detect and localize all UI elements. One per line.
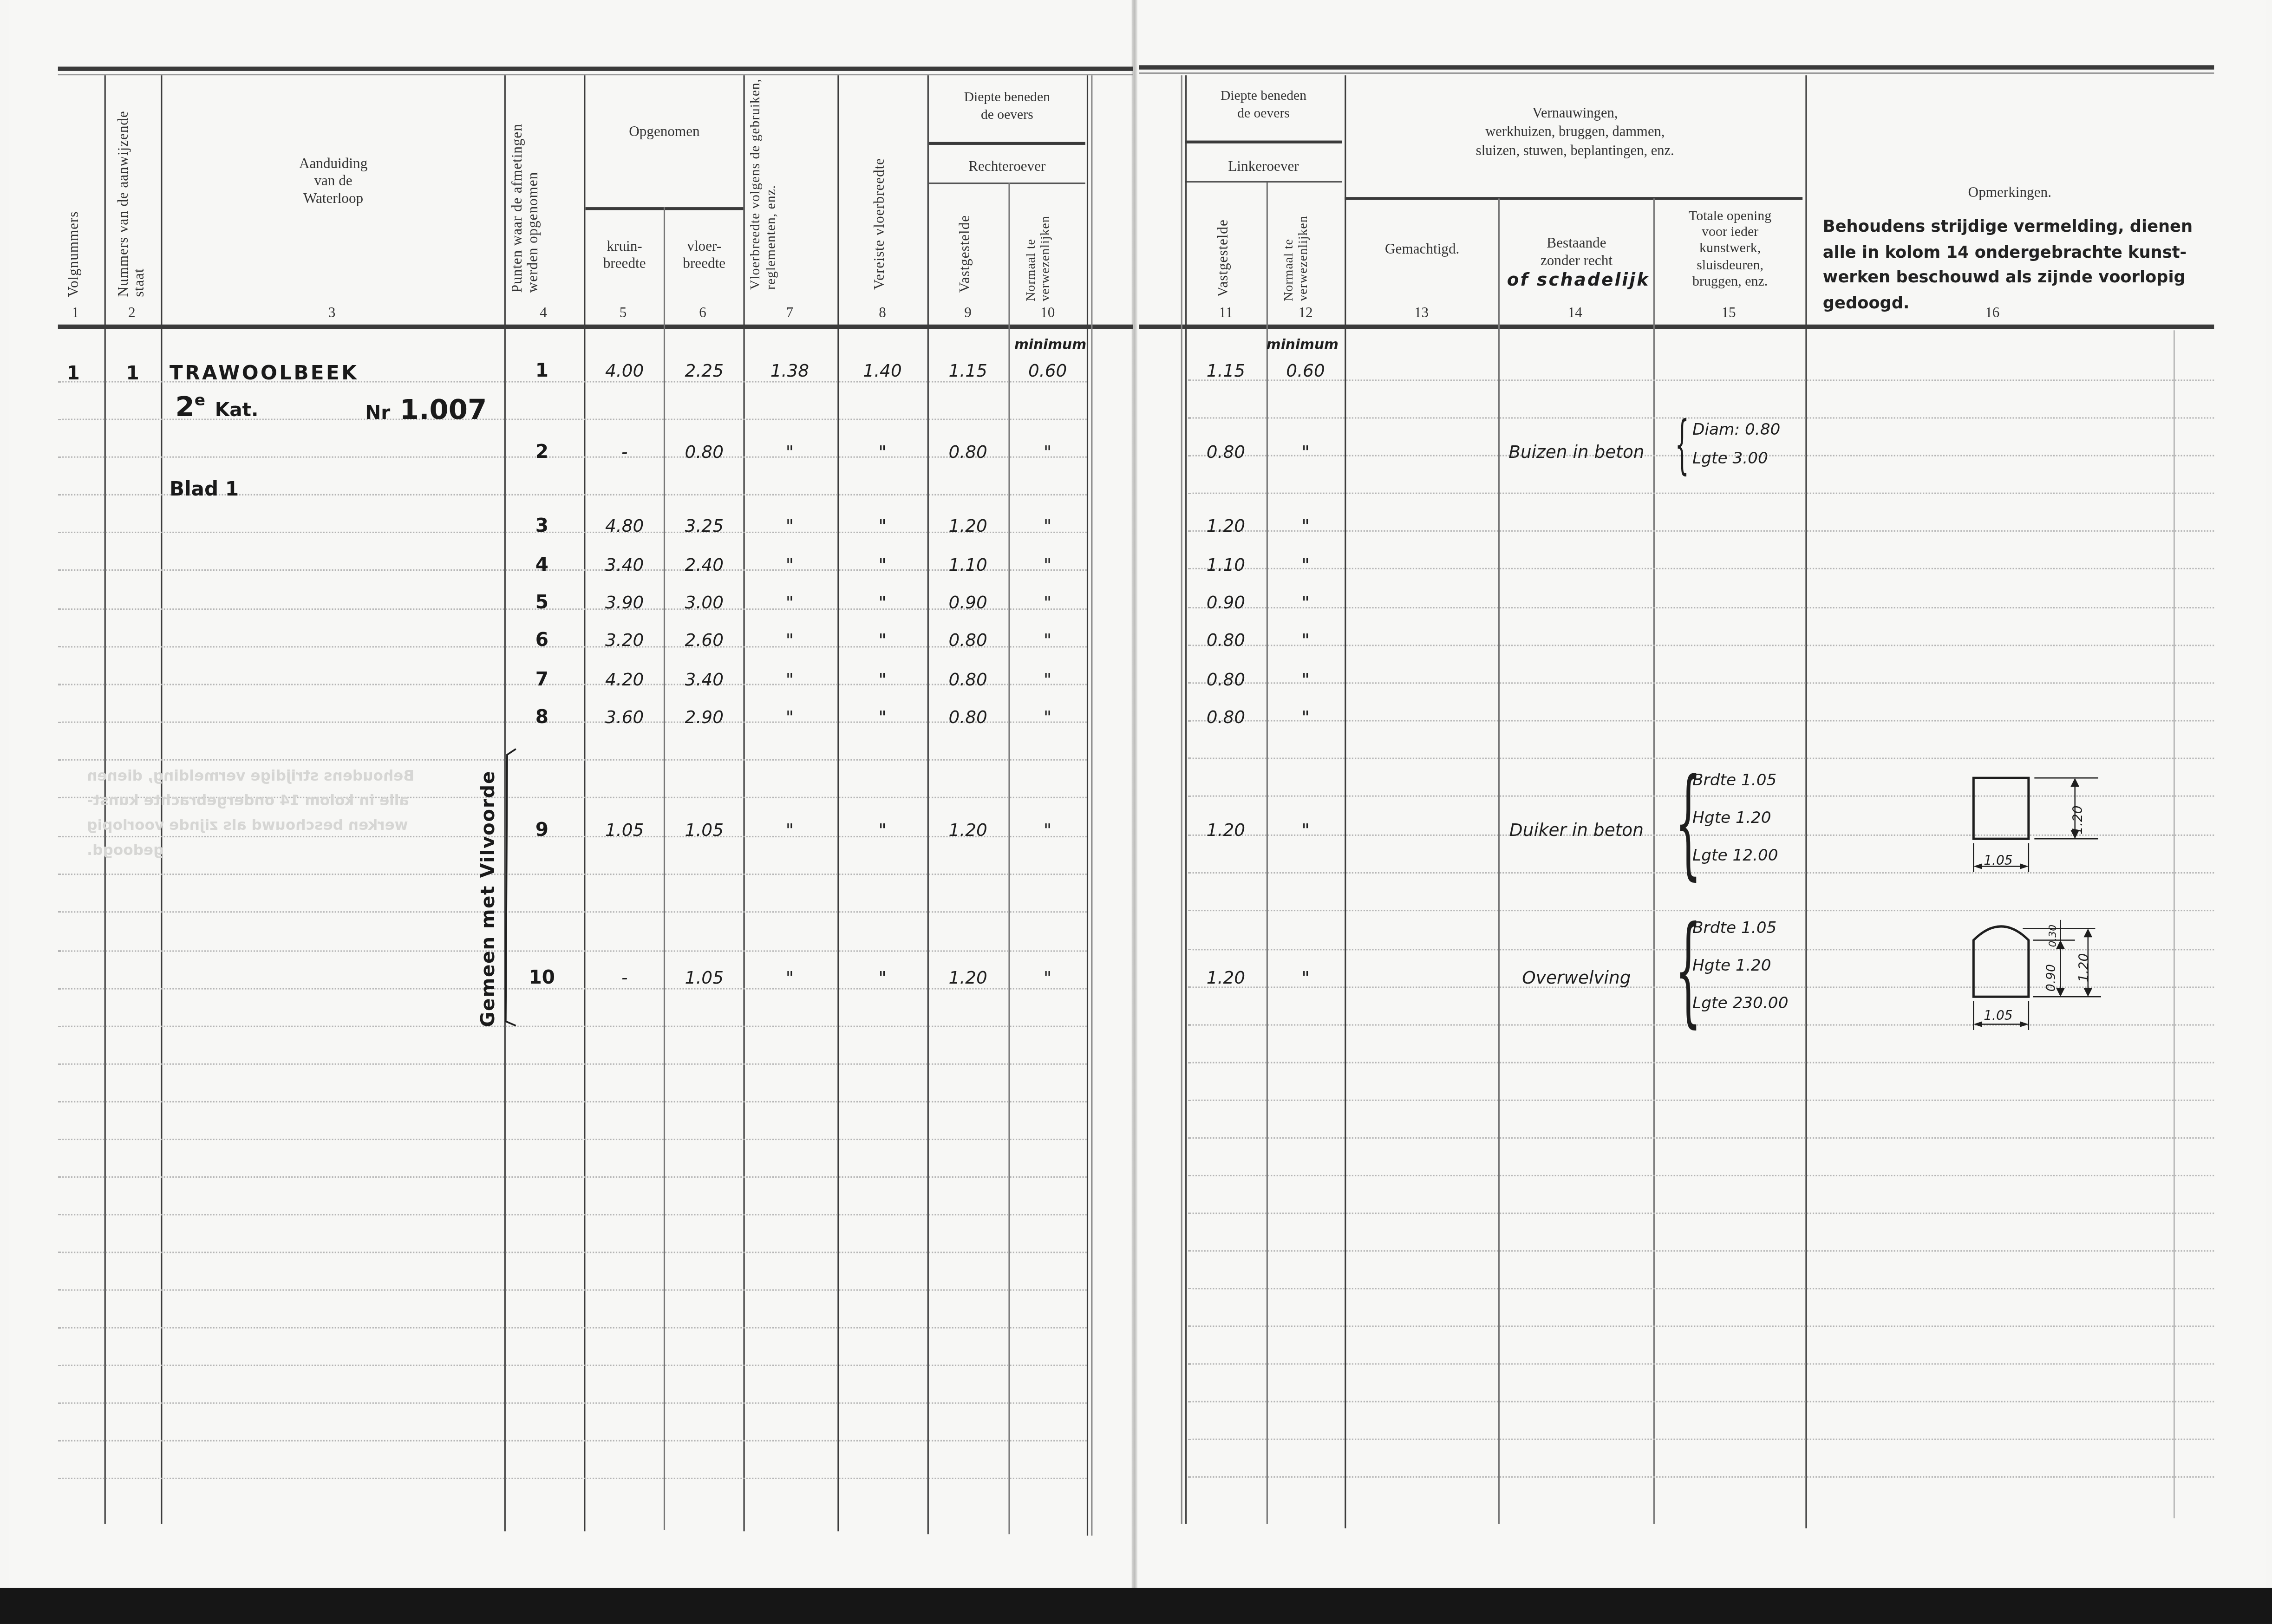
cell-l-norm: " [1269, 820, 1342, 841]
dotted-row-line [1188, 1439, 2214, 1440]
dotted-row-line [58, 1478, 1087, 1479]
dotted-row-line [58, 1440, 1087, 1441]
cell-vloer-gebruik: " [746, 968, 833, 988]
dotted-row-line [1188, 493, 2214, 494]
sketch2-arch-label: 0.30 [2047, 925, 2059, 947]
header-diepte-left: Diepte beneden de oevers [1185, 88, 1342, 123]
cell-r-norm: " [1012, 820, 1084, 841]
ghost-line: gedoogd. [87, 839, 493, 863]
cell-vloer: 3.40 [666, 669, 742, 690]
cell-l-norm: " [1269, 669, 1342, 690]
header-col7: Vloerbreedte volgens de gebruiken, regle… [749, 75, 833, 290]
cell-vloer-gebruik: " [746, 820, 833, 841]
volgnummer: 1 [67, 364, 80, 385]
bleed-through-text: Behoudens strijdige vermelding, dienen a… [87, 765, 493, 863]
dotted-row-line [1188, 1363, 2214, 1364]
cell-vloer-gebruik: 1.38 [746, 361, 833, 381]
ghost-line: alle in kolom 14 ondergebrachte kunst- [87, 789, 493, 814]
note-line: gedoogd. [1823, 290, 2214, 316]
top-rule-left-thin [58, 74, 1133, 75]
dotted-row-line [58, 1063, 1087, 1065]
header-vernauwingen: Vernauwingen, werkhuizen, bruggen, damme… [1348, 104, 1803, 161]
dotted-row-line [1188, 645, 2214, 646]
dotted-row-line [1188, 607, 2214, 608]
gemeente-bracket-icon [498, 746, 519, 1029]
column-number: 5 [608, 306, 637, 321]
cell-vereist: " [841, 516, 925, 536]
rectangular-culvert-sketch-icon [1942, 768, 2130, 898]
dotted-row-line [1188, 568, 2214, 569]
cell-vereist: " [841, 820, 925, 841]
cell-kruin: 3.20 [588, 630, 661, 651]
header-diepte-right: Diepte beneden de oevers [929, 90, 1085, 124]
cell-vereist: " [841, 630, 925, 651]
column-number: 13 [1407, 306, 1436, 321]
scan-bottom-edge [0, 1588, 2272, 1624]
sketch1-width-label: 1.05 [1984, 855, 2013, 869]
cell-bestaande: Buizen in beton [1501, 442, 1652, 462]
header-line: Diepte beneden [1185, 88, 1342, 105]
header-line: Vernauwingen, [1348, 104, 1803, 124]
cell-l-vast: 1.20 [1188, 968, 1263, 988]
cell-kruin: 1.05 [588, 820, 661, 841]
col-line [1091, 75, 1092, 1535]
column-number: 4 [529, 306, 558, 321]
header-col13: Gemachtigd. [1346, 242, 1498, 259]
dotted-row-line [58, 1139, 1087, 1140]
dotted-row-line [58, 950, 1087, 952]
cell-vloer: 1.05 [666, 820, 742, 841]
cell-l-norm: " [1269, 593, 1342, 613]
header-line: bruggen, enz. [1655, 274, 1805, 290]
header-col8: Vereiste vloerbreedte [872, 87, 888, 290]
waterloop-number: Nr 1.007 [365, 394, 487, 426]
header-col5: kruin- breedte [585, 239, 663, 274]
cell-punt: 9 [522, 820, 562, 842]
cell-r-vast: 0.80 [930, 707, 1005, 727]
column-number: 7 [775, 306, 804, 321]
column-number: 2 [118, 306, 146, 321]
cell-l-vast: 0.80 [1188, 669, 1263, 690]
cell-l-vast: 1.15 [1188, 361, 1263, 381]
diepte-left-rule [1185, 141, 1342, 143]
brace-icon: { [1675, 414, 1690, 478]
header-col15: Totale opening voor ieder kunstwerk, slu… [1655, 209, 1805, 290]
column-number: 9 [953, 306, 982, 321]
cell-bestaande: Duiker in beton [1501, 820, 1652, 841]
header-col3-line: van de [217, 174, 449, 191]
cell-vloer: 2.90 [666, 707, 742, 727]
nr-label: Nr [365, 403, 390, 424]
col-line [1805, 75, 1807, 1528]
cell-vereist: " [841, 669, 925, 690]
cell-l-vast: 0.80 [1188, 630, 1263, 651]
header-col3-line: Waterloop [217, 191, 449, 209]
cell-opening-line: Hgte 1.20 [1692, 809, 1771, 828]
column-number: 11 [1211, 306, 1240, 321]
cell-r-vast: 1.20 [930, 516, 1005, 536]
cell-vereist: 1.40 [841, 361, 925, 381]
cell-kruin: 4.80 [588, 516, 661, 536]
header-line: werkhuizen, bruggen, dammen, [1348, 123, 1803, 142]
cell-vloer: 2.60 [666, 630, 742, 651]
header-col3: Aanduiding van de Waterloop [217, 157, 449, 209]
cell-vloer-gebruik: " [746, 555, 833, 575]
cell-r-norm: " [1012, 630, 1084, 651]
dotted-row-line [58, 1252, 1087, 1253]
col-line [1087, 75, 1088, 1535]
dotted-row-line [1188, 1213, 2214, 1214]
note-line: werken beschouwd als zijnde voorlopig [1823, 265, 2214, 291]
cell-l-vast: 1.10 [1188, 555, 1263, 575]
column-number: 8 [868, 306, 897, 321]
dotted-row-line [1188, 1476, 2214, 1478]
cell-opening-line: Lgte 12.00 [1692, 846, 1778, 865]
cell-l-vast: 1.20 [1188, 516, 1263, 536]
dotted-row-line [1188, 1250, 2214, 1252]
col-line [837, 75, 839, 1531]
cell-punt: 7 [522, 669, 562, 691]
cell-vloer-gebruik: " [746, 593, 833, 613]
sketch2-wall-label: 0.90 [2045, 964, 2060, 991]
arched-culvert-sketch-icon [1942, 913, 2130, 1050]
dotted-row-line [58, 1176, 1087, 1178]
dotted-row-line [1188, 379, 2214, 381]
cell-l-vast: 0.80 [1188, 707, 1263, 727]
cell-kruin: - [588, 968, 661, 988]
dotted-row-line [58, 1327, 1087, 1328]
category-number: 2 [176, 391, 195, 424]
col16-standard-note: Behoudens strijdige vermelding, dienen a… [1823, 215, 2214, 316]
cell-l-norm: 0.60 [1269, 361, 1342, 381]
col-line [1185, 75, 1187, 1524]
header-line: kunstwerk, [1655, 241, 1805, 257]
header-line: Totale opening [1655, 209, 1805, 225]
header-linkeroever: Linkeroever [1185, 159, 1342, 176]
ghost-line: werken beschouwd als zijnde voorlopig [87, 814, 493, 839]
cell-r-norm: " [1012, 968, 1084, 988]
cell-vereist: " [841, 555, 925, 575]
cell-r-vast: 1.10 [930, 555, 1005, 575]
cell-vloer: 2.40 [666, 555, 742, 575]
header-col11: Vastgestelde [1216, 189, 1232, 297]
dotted-row-line [58, 759, 1087, 761]
dotted-row-line [58, 1101, 1087, 1102]
cell-r-norm: 0.60 [1012, 361, 1084, 381]
cell-l-norm: " [1269, 968, 1342, 988]
sketch2-height-label: 1.20 [2078, 953, 2092, 983]
dotted-row-line [1188, 1401, 2214, 1402]
cell-r-vast: 0.80 [930, 442, 1005, 462]
header-col6-line: vloer- [665, 239, 743, 256]
cell-r-norm: " [1012, 593, 1084, 613]
rechteroever-rule [929, 183, 1085, 184]
dotted-row-line [58, 1289, 1087, 1291]
header-col14: Bestaande zonder recht [1500, 236, 1653, 271]
col-line [1267, 183, 1268, 1524]
dotted-row-line [1188, 682, 2214, 684]
header-line: de oevers [1185, 106, 1342, 123]
cell-vloer-gebruik: " [746, 707, 833, 727]
header-line: Diepte beneden [929, 90, 1085, 107]
header-col9: Vastgestelde [958, 189, 973, 293]
cell-bestaande: Overwelving [1501, 968, 1652, 988]
header-bottom-rule-left [58, 325, 1133, 329]
cell-l-norm: " [1269, 707, 1342, 727]
col-line [2174, 330, 2175, 1518]
header-line: de oevers [929, 107, 1085, 124]
dotted-row-line [58, 1402, 1087, 1404]
cell-vloer-gebruik: " [746, 442, 833, 462]
dotted-row-line [1188, 417, 2214, 418]
nr-value: 1.007 [400, 394, 487, 426]
dotted-row-line [58, 1365, 1087, 1366]
linkeroever-rule [1185, 181, 1342, 183]
header-line: Bestaande [1500, 236, 1653, 253]
header-col2: Nummers van de aanwijzende staat [116, 87, 151, 297]
dotted-row-line [1188, 1100, 2214, 1101]
cell-vloer: 3.25 [666, 516, 742, 536]
cell-vloer: 2.25 [666, 361, 742, 381]
header-col4: Punten waar de afmetingen werden opgenom… [510, 75, 580, 293]
header-col16: Opmerkingen. [1807, 185, 2213, 202]
col-line [744, 75, 745, 1531]
column-number: 16 [1978, 306, 2007, 321]
cell-r-norm: " [1012, 516, 1084, 536]
cell-r-norm: " [1012, 442, 1084, 462]
header-col12: Normaal te verwezenlijken [1281, 189, 1316, 301]
cell-vloer-gebruik: " [746, 630, 833, 651]
cell-vloer-gebruik: " [746, 669, 833, 690]
cell-r-vast: 0.90 [930, 593, 1005, 613]
cell-l-norm: " [1269, 630, 1342, 651]
cell-r-vast: 1.20 [930, 820, 1005, 841]
cell-kruin: 3.40 [588, 555, 661, 575]
cell-r-norm: " [1012, 555, 1084, 575]
book-spine [1132, 0, 1137, 1608]
category-label: Kat. [215, 400, 259, 422]
top-rule-left [58, 66, 1133, 71]
waterloop-name: TRAWOOLBEEK [170, 362, 359, 385]
cell-vloer-gebruik: " [746, 516, 833, 536]
column-number: 6 [688, 306, 717, 321]
sketch1-height-label: 1.20 [2072, 805, 2087, 835]
cell-vloer: 1.05 [666, 968, 742, 988]
diepte-right-rule [929, 142, 1085, 145]
cell-r-vast: 0.80 [930, 630, 1005, 651]
cell-punt: 5 [522, 593, 562, 614]
cell-r-vast: 1.20 [930, 968, 1005, 988]
blad-label: Blad 1 [170, 478, 239, 501]
cell-punt: 3 [522, 516, 562, 538]
header-col6-line: breedte [665, 256, 743, 274]
cell-kruin: 3.90 [588, 593, 661, 613]
header-col5-line: kruin- [585, 239, 663, 256]
dotted-row-line [1188, 1288, 2214, 1289]
vernauwingen-rule [1345, 197, 1802, 200]
cell-vereist: " [841, 442, 925, 462]
dotted-row-line [1188, 1325, 2214, 1327]
top-rule-right-thin [1139, 72, 2214, 74]
dotted-row-line [1188, 1175, 2214, 1176]
header-bottom-rule-right [1139, 325, 2214, 329]
header-col10: Normaal te verwezenlijken [1023, 189, 1058, 301]
scanned-ledger-spread: Volgnummers Nummers van de aanwijzende s… [0, 0, 2272, 1624]
sketch2-width-label: 1.05 [1984, 1010, 2013, 1024]
header-col14-stamp: of schadelijk [1507, 269, 1646, 290]
col-line [1181, 75, 1182, 1524]
header-line: voor ieder [1655, 225, 1805, 241]
cell-r-norm: " [1012, 707, 1084, 727]
column-number: 12 [1291, 306, 1320, 321]
cell-punt: 2 [522, 442, 562, 463]
column-number: 1 [61, 306, 90, 321]
header-line: zonder recht [1500, 254, 1653, 271]
cell-kruin: 4.00 [588, 361, 661, 381]
cell-punt: 4 [522, 555, 562, 577]
cell-l-vast: 0.80 [1188, 442, 1263, 462]
cell-vereist: " [841, 593, 925, 613]
minimum-label-col12: minimum [1267, 338, 1338, 353]
header-line: sluizen, stuwen, beplantingen, enz. [1348, 142, 1803, 161]
column-number: 3 [317, 306, 346, 321]
cell-opening-line: Brdte 1.05 [1692, 919, 1776, 938]
category-sup: e [195, 391, 205, 410]
cell-kruin: 4.20 [588, 669, 661, 690]
cell-opening-line: Lgte 3.00 [1692, 449, 1768, 468]
dotted-row-line [58, 1214, 1087, 1215]
cell-opening-line: Hgte 1.20 [1692, 956, 1771, 975]
col-line [584, 75, 585, 1531]
header-line: sluisdeuren, [1655, 257, 1805, 274]
header-rechteroever: Rechteroever [929, 159, 1085, 176]
cell-kruin: 3.60 [588, 707, 661, 727]
dotted-row-line [1188, 1062, 2214, 1063]
column-number: 15 [1714, 306, 1743, 321]
cell-l-vast: 1.20 [1188, 820, 1263, 841]
header-opgenomen: Opgenomen [585, 124, 743, 142]
aanwijzende-staat-nr: 1 [126, 364, 139, 385]
cell-r-vast: 0.80 [930, 669, 1005, 690]
cell-kruin: - [588, 442, 661, 462]
header-col5-line: breedte [585, 256, 663, 274]
cell-opening-line: Lgte 230.00 [1692, 994, 1788, 1013]
col-line [1345, 75, 1346, 1528]
cell-l-norm: " [1269, 442, 1342, 462]
cell-vloer: 3.00 [666, 593, 742, 613]
col-line [1008, 183, 1010, 1534]
cell-vereist: " [841, 968, 925, 988]
cell-punt: 8 [522, 707, 562, 729]
cell-l-vast: 0.90 [1188, 593, 1263, 613]
header-col6: vloer- breedte [665, 239, 743, 274]
header-col3-line: Aanduiding [217, 157, 449, 174]
dotted-row-line [1188, 1137, 2214, 1139]
cell-l-norm: " [1269, 555, 1342, 575]
dotted-row-line [58, 988, 1087, 989]
col-line [664, 207, 665, 1530]
top-rule-right [1139, 65, 2214, 69]
dotted-row-line [58, 911, 1087, 913]
cell-vereist: " [841, 707, 925, 727]
dotted-row-line [1188, 720, 2214, 721]
ghost-line: Behoudens strijdige vermelding, dienen [87, 765, 493, 789]
dotted-row-line [58, 874, 1087, 875]
column-number: 14 [1560, 306, 1589, 321]
note-line: Behoudens strijdige vermelding, dienen [1823, 215, 2214, 240]
dotted-row-line [58, 1026, 1087, 1027]
col-line [927, 75, 929, 1534]
minimum-label-col10: minimum [1014, 338, 1086, 353]
cell-punt: 1 [522, 361, 562, 383]
column-number: 10 [1033, 306, 1062, 321]
cell-punt: 10 [522, 968, 562, 990]
header-col1: Volgnummers [67, 87, 83, 297]
cell-r-norm: " [1012, 669, 1084, 690]
cell-punt: 6 [522, 630, 562, 652]
category: 2e Kat. [176, 391, 259, 424]
cell-l-norm: " [1269, 516, 1342, 536]
dotted-row-line [1188, 530, 2214, 532]
cell-vloer: 0.80 [666, 442, 742, 462]
note-line: alle in kolom 14 ondergebrachte kunst- [1823, 240, 2214, 265]
cell-opening-line: Diam: 0.80 [1692, 420, 1780, 439]
cell-r-vast: 1.15 [930, 361, 1005, 381]
cell-opening-line: Brdte 1.05 [1692, 771, 1776, 790]
